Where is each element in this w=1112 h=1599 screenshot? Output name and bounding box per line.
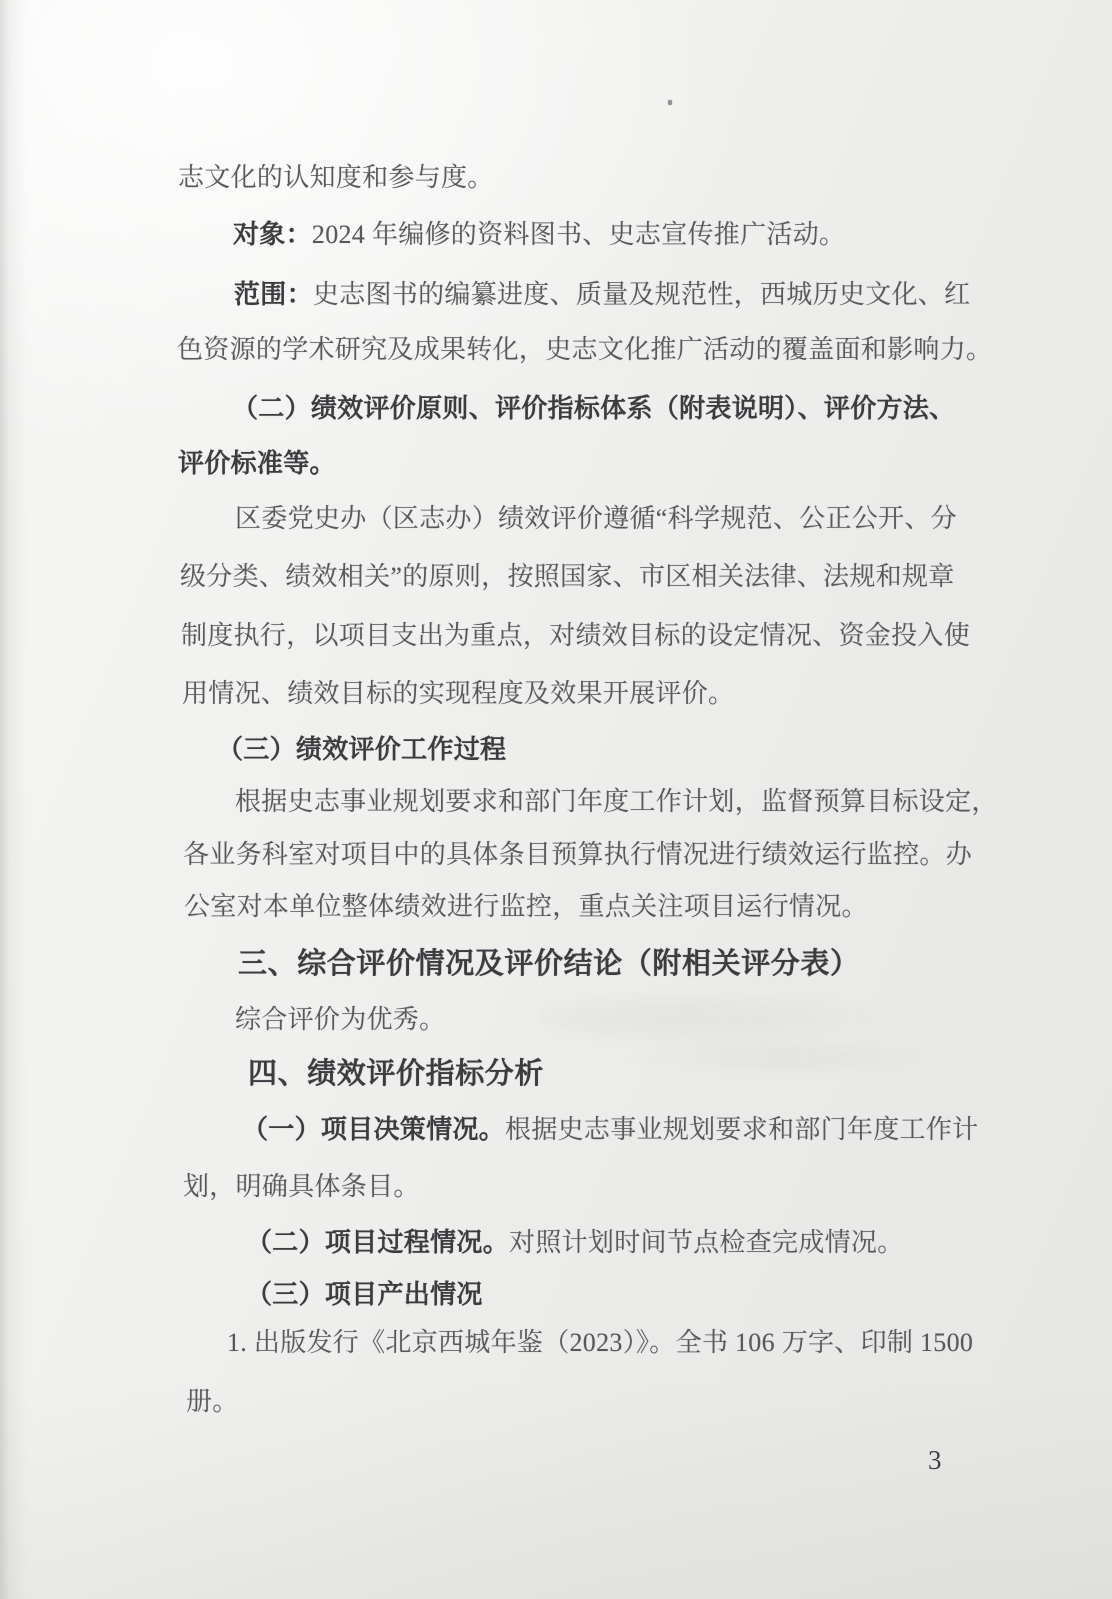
text-segment: 划，明确具体条目。 xyxy=(183,1172,420,1201)
bold-text-segment: （三）绩效评价工作过程 xyxy=(217,735,506,764)
bold-text-segment: 三、综合评价情况及评价结论（附相关评分表） xyxy=(238,948,860,980)
text-line: 范围：史志图书的编纂进度、质量及规范性，西城历史文化、红 xyxy=(234,280,970,310)
text-segment: 根据史志事业规划要求和部门年度工作计划，监督预算目标设定， xyxy=(235,787,998,816)
text-line: （二）绩效评价原则、评价指标体系（附表说明）、评价方法、 xyxy=(232,394,955,424)
text-segment: 对照计划时间节点检查完成情况。 xyxy=(509,1228,904,1257)
text-line: 划，明确具体条目。 xyxy=(183,1172,420,1202)
bold-text-segment: （一）项目决策情况。 xyxy=(242,1115,505,1144)
text-segment: 根据史志事业规划要求和部门年度工作计 xyxy=(505,1115,978,1144)
text-segment: 用情况、绩效目标的实现程度及效果开展评价。 xyxy=(182,679,734,708)
text-line: （二）项目过程情况。对照计划时间节点检查完成情况。 xyxy=(246,1228,904,1258)
text-segment: 志文化的认知度和参与度。 xyxy=(178,163,494,192)
bold-text-segment: 范围： xyxy=(234,280,313,309)
text-segment: 册。 xyxy=(186,1387,239,1416)
text-line: 级分类、绩效相关”的原则，按照国家、市区相关法律、法规和规章 xyxy=(180,562,955,592)
text-segment: 级分类、绩效相关”的原则，按照国家、市区相关法律、法规和规章 xyxy=(180,562,955,591)
text-segment: 各业务科室对项目中的具体条目预算执行情况进行绩效运行监控。办 xyxy=(183,840,972,869)
page-number: 3 xyxy=(928,1445,942,1476)
text-line: 区委党史办（区志办）绩效评价遵循“科学规范、公正公开、分 xyxy=(235,504,957,534)
text-line: （三）绩效评价工作过程 xyxy=(217,735,506,765)
text-line: 根据史志事业规划要求和部门年度工作计划，监督预算目标设定， xyxy=(235,787,998,817)
text-segment: 综合评价为优秀。 xyxy=(235,1005,445,1034)
bleed-through-artifact xyxy=(620,1035,920,1079)
text-line: 对象：2024 年编修的资料图书、史志宣传推广活动。 xyxy=(233,220,845,250)
bold-text-segment: 评价标准等。 xyxy=(178,449,336,478)
text-segment: 制度执行，以项目支出为重点，对绩效目标的设定情况、资金投入使 xyxy=(181,621,970,650)
text-line: 评价标准等。 xyxy=(178,449,336,479)
text-line: 综合评价为优秀。 xyxy=(235,1005,445,1035)
text-segment: 2024 年编修的资料图书、史志宣传推广活动。 xyxy=(312,220,845,249)
bold-text-segment: 四、绩效评价指标分析 xyxy=(248,1058,544,1090)
text-line: （三）项目产出情况 xyxy=(246,1280,483,1310)
text-line: 各业务科室对项目中的具体条目预算执行情况进行绩效运行监控。办 xyxy=(183,840,972,870)
text-segment: 史志图书的编纂进度、质量及规范性，西城历史文化、红 xyxy=(313,280,971,309)
text-line: 制度执行，以项目支出为重点，对绩效目标的设定情况、资金投入使 xyxy=(181,621,970,651)
text-line: 册。 xyxy=(186,1387,239,1417)
text-line: 志文化的认知度和参与度。 xyxy=(178,163,494,193)
bleed-through-artifact xyxy=(540,988,900,1048)
text-segment: 区委党史办（区志办）绩效评价遵循“科学规范、公正公开、分 xyxy=(235,504,957,533)
text-line: 色资源的学术研究及成果转化，史志文化推广活动的覆盖面和影响力。 xyxy=(177,335,992,365)
text-segment: 1. 出版发行《北京西城年鉴（2023）》。全书 106 万字、印制 1500 xyxy=(227,1328,973,1357)
bold-text-segment: （二）项目过程情况。 xyxy=(246,1228,509,1257)
bold-text-segment: （三）项目产出情况 xyxy=(246,1280,483,1309)
text-line: （一）项目决策情况。根据史志事业规划要求和部门年度工作计 xyxy=(242,1115,978,1145)
bold-text-segment: 对象： xyxy=(233,220,312,249)
section-heading: 四、绩效评价指标分析 xyxy=(248,1058,544,1091)
text-line: 1. 出版发行《北京西城年鉴（2023）》。全书 106 万字、印制 1500 xyxy=(227,1328,973,1358)
scan-speck-artifact xyxy=(668,100,672,105)
document-page: 志文化的认知度和参与度。对象：2024 年编修的资料图书、史志宣传推广活动。范围… xyxy=(0,0,1112,1599)
text-segment: 色资源的学术研究及成果转化，史志文化推广活动的覆盖面和影响力。 xyxy=(177,335,992,364)
section-heading: 三、综合评价情况及评价结论（附相关评分表） xyxy=(238,948,860,981)
text-line: 公室对本单位整体绩效进行监控，重点关注项目运行情况。 xyxy=(184,892,868,922)
text-line: 用情况、绩效目标的实现程度及效果开展评价。 xyxy=(182,679,734,709)
text-segment: 公室对本单位整体绩效进行监控，重点关注项目运行情况。 xyxy=(184,892,868,921)
bold-text-segment: （二）绩效评价原则、评价指标体系（附表说明）、评价方法、 xyxy=(232,394,955,423)
